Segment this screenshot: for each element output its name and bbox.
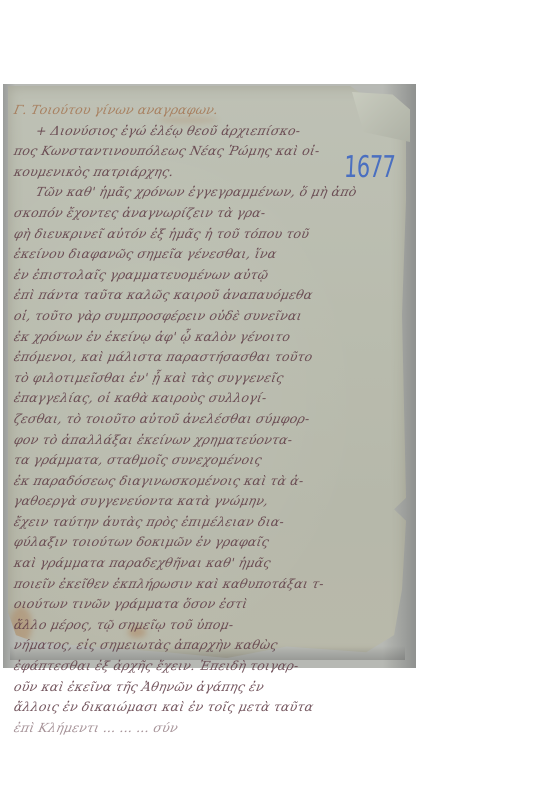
text-line: φύλαξιν τοιούτων δοκιμῶν ἐν γραφαῖς — [12, 532, 401, 553]
text-line: ἄλλο μέρος, τῷ σημεῖῳ τοῦ ὑπομ- — [12, 615, 401, 636]
text-line: ζεσθαι, τὸ τοιοῦτο αὐτοῦ ἀνελέσθαι σύμφο… — [12, 409, 401, 430]
text-line: φον τὸ ἀπαλλάξαι ἐκείνων χρηματεύοντα- — [12, 430, 401, 451]
handwritten-text: Γ. Τοιούτου γίνων αναγραφων. + Διονύσιος… — [14, 100, 399, 738]
text-line: ποιεῖν ἐκεῖθεν ἐκπλήρωσιν καὶ καθυποτάξα… — [12, 574, 401, 595]
text-line: ἐκείνου διαφανῶς σημεῖα γένεσθαι, ἵνα — [12, 244, 401, 265]
text-line: φὴ διευκρινεῖ αὐτόν ἐξ ἡμᾶς ἡ τοῦ τόπου … — [12, 224, 401, 245]
text-line: τὸ φιλοτιμεῖσθαι ἐν' ᾗ καὶ τὰς συγγενεῖς — [12, 368, 401, 389]
text-line: ἐπόμενοι, καὶ μάλιστα παραστήσασθαι τοῦτ… — [12, 347, 401, 368]
text-line: ἐν ἐπιστολαῖς γραμματευομένων αὐτῷ — [12, 265, 401, 286]
text-line: ἔχειν ταύτην ἀυτὰς πρὸς ἐπιμέλειαν δια- — [12, 512, 401, 533]
text-line: γαθοεργὰ συγγενεύοντα κατὰ γνώμην, — [12, 491, 401, 512]
text-line: ἐπαγγελίας, οἱ καθὰ καιροὺς συλλογί- — [12, 388, 401, 409]
text-line: Γ. Τοιούτου γίνων αναγραφων. — [12, 100, 401, 121]
text-line: ἐπὶ Κλήμεντι ... ... ... σύν — [12, 718, 401, 739]
page-bottom-shadow — [10, 646, 405, 660]
text-line: σκοπόν ἔχοντες ἀναγνωρίζειν τὰ γρα- — [12, 203, 401, 224]
text-line: ἐκ παραδόσεως διαγινωσκομένοις καὶ τὰ ἀ- — [12, 471, 401, 492]
text-line: οῦν καὶ ἐκεῖνα τῆς Ἀθηνῶν ἀγάπης ἐν — [12, 677, 401, 698]
text-line: τα γράμματα, σταθμοῖς συνεχομένοις — [12, 450, 401, 471]
text-line: οιούτων τινῶν γράμματα ὅσον ἐστὶ — [12, 594, 401, 615]
text-line: πος Κωνσταντινουπόλεως Νέας Ῥώμης καὶ οἰ… — [12, 141, 401, 162]
text-line: ἐκ χρόνων ἐν ἐκείνῳ ἀφ' ᾧ καλὸν γένοιτο — [12, 327, 401, 348]
text-line: οἱ, τοῦτο γὰρ συμπροσφέρειν οὐδὲ συνεῖνα… — [12, 306, 401, 327]
text-line: Τῶν καθ' ἡμᾶς χρόνων ἐγγεγραμμένων, ὅ μὴ… — [12, 182, 401, 203]
text-line: ἐπὶ πάντα ταῦτα καλῶς καιροῦ ἀναπαυόμεθα — [12, 285, 401, 306]
archival-number: 1677 — [343, 150, 395, 185]
text-line: καὶ γράμματα παραδεχθῆναι καθ' ἡμᾶς — [12, 553, 401, 574]
text-line: + Διονύσιος ἐγώ ἐλέῳ θεοῦ ἀρχιεπίσκο- — [12, 121, 401, 142]
text-line: ἄλλοις ἐν δικαιώμασι καὶ ἐν τοῖς μετὰ τα… — [12, 697, 401, 718]
